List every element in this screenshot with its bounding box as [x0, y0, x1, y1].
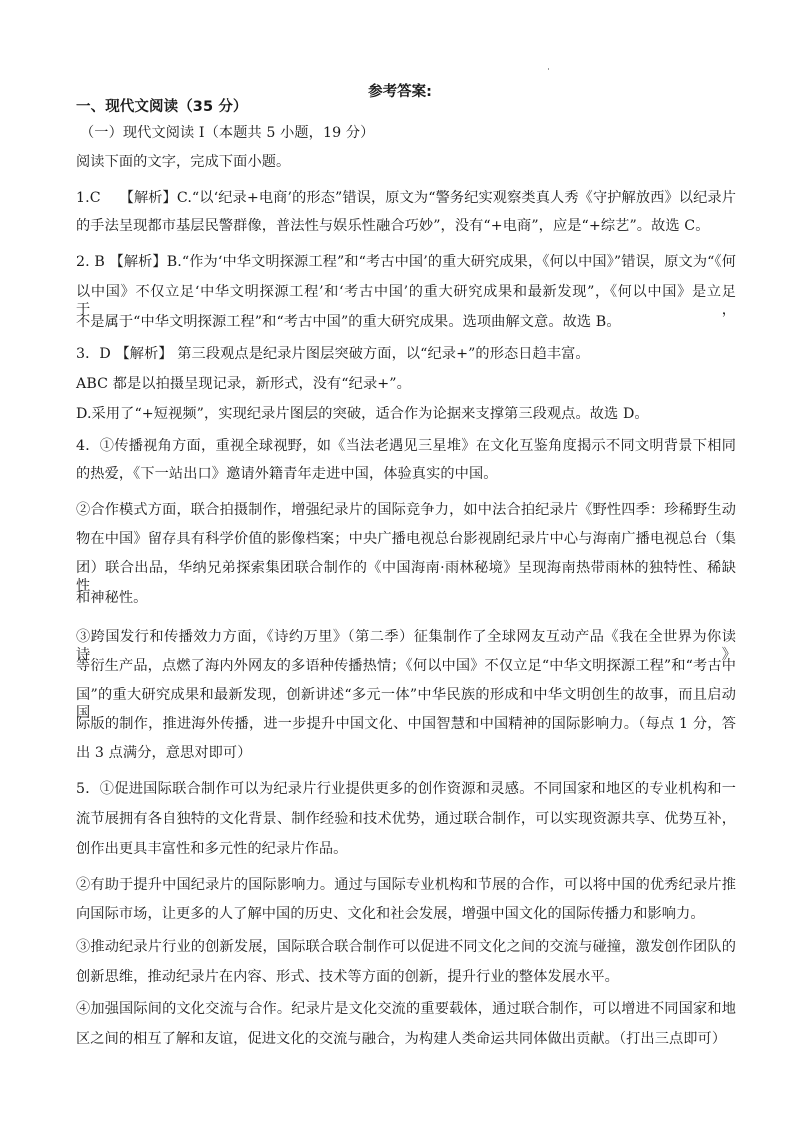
- document-page: 参考答案: 一、现代文阅读（35 分） （一）现代文阅读 I（本题共 5 小题，…: [0, 0, 800, 1131]
- answer-line: ④加强国际间的文化交流与合作。纪录片是文化交流的重要载体，通过联合制作，可以增进…: [76, 1000, 736, 1018]
- answer-line: ②合作模式方面，联合拍摄制作，增强纪录片的国际竞争力，如中法合拍纪录片《野性四季…: [76, 501, 736, 519]
- answer-line: 向国际市场，让更多的人了解中国的历史、文化和社会发展，增强中国文化的国际传播力和…: [76, 905, 736, 923]
- scan-mark: [548, 68, 549, 70]
- answer-line: D.采用了“+短视频”，实现纪录片图层的突破，适合作为论据来支撑第三段观点。故选…: [76, 405, 736, 423]
- answer-line: 1.C 【解析】C.“以‘纪录+电商’的形态”错误，原文为“警务纪实观察类真人秀…: [76, 189, 736, 207]
- answer-line: ②有助于提升中国纪录片的国际影响力。通过与国际专业机构和节展的合作，可以将中国的…: [76, 876, 736, 894]
- instruction-text: 阅读下面的文字，完成下面小题。: [76, 153, 736, 171]
- answer-line: 际版的制作，推进海外传播，进一步提升中国文化、中国智慧和中国精神的国际影响力。（…: [76, 715, 736, 733]
- answer-line: ABC 都是以拍摄呈现记录，新形式，没有“纪录+”。: [76, 375, 736, 393]
- answer-line: 创新思维，推动纪录片在内容、形式、技术等方面的创新，提升行业的整体发展水平。: [76, 968, 736, 986]
- section-heading: 一、现代文阅读（35 分）: [76, 98, 736, 116]
- subsection-heading: （一）现代文阅读 I（本题共 5 小题，19 分）: [80, 124, 740, 142]
- answer-line: ③推动纪录片行业的创新发展，国际联合联合制作可以促进不同文化之间的交流与碰撞，激…: [76, 938, 736, 956]
- answer-line: 出 3 点满分，意思对即可）: [76, 744, 736, 762]
- answer-line: 5．①促进国际联合制作可以为纪录片行业提供更多的创作资源和灵感。不同国家和地区的…: [76, 780, 736, 798]
- answer-line: 的手法呈现都市基层民警群像，普法性与娱乐性融合巧妙”，没有“+电商”，应是“+综…: [76, 217, 736, 235]
- answer-line: 不是属于“中华文明探源工程”和“考古中国”的重大研究成果。选项曲解文意。故选 B…: [76, 313, 736, 331]
- answer-line: 和神秘性。: [76, 589, 736, 607]
- answer-line: 物在中国》留存具有科学价值的影像档案；中央广播电视总台影视剧纪录片中心与海南广播…: [76, 530, 736, 548]
- answer-line: 3．D 【解析】 第三段观点是纪录片图层突破方面，以“纪录+”的形态日趋丰富。: [76, 345, 736, 363]
- answer-line: 4．①传播视角方面，重视全球视野，如《当法老遇见三星堆》在文化互鉴角度揭示不同文…: [76, 437, 736, 455]
- answer-line: 区之间的相互了解和友谊，促进文化的交流与融合，为构建人类命运共同体做出贡献。（打…: [76, 1030, 736, 1048]
- answer-line: 的热爱，《下一站出口》邀请外籍青年走进中国，体验真实的中国。: [76, 465, 736, 483]
- answer-line: 创作出更具丰富性和多元性的纪录片作品。: [76, 840, 736, 858]
- answer-line: 等衍生产品，点燃了海内外网友的多语种传播热情；《何以中国》不仅立足“中华文明探源…: [76, 657, 736, 675]
- answer-line: 流节展拥有各自独特的文化背景、制作经验和技术优势，通过联合制作，可以实现资源共享…: [76, 810, 736, 828]
- answer-line: 2. B 【解析】B.“作为‘中华文明探源工程”和“考古中国’的重大研究成果，《…: [76, 253, 736, 271]
